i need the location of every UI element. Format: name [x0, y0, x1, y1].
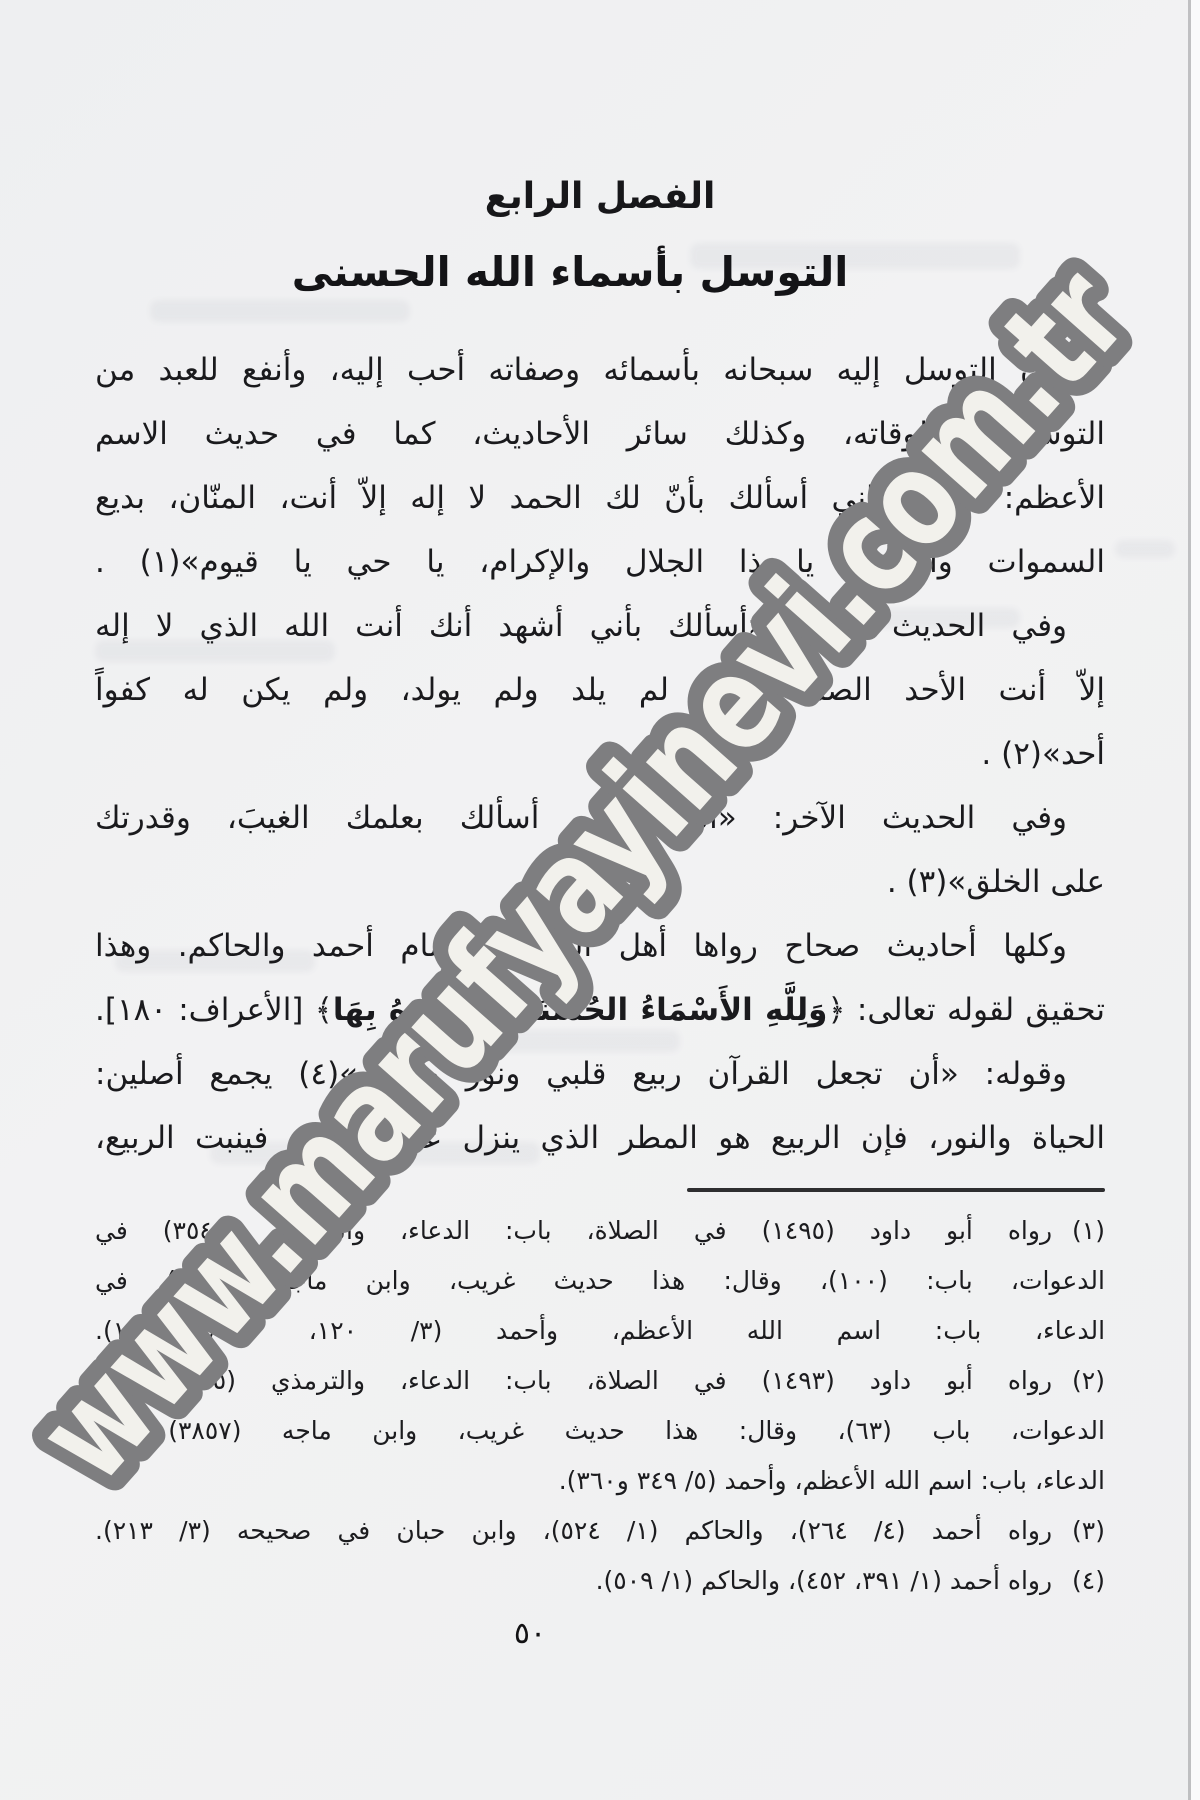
body-text-line: السموات والأرض، يا ذا الجلال والإكرام، ي… [95, 530, 1105, 594]
verse-reference: ﴾ [الأعراف: ١٨٠]. [95, 992, 333, 1028]
body-text-line: وكلها أحاديث صحاح رواها أهل السنن والإما… [95, 914, 1105, 978]
footnote-marker: (١) [1072, 1206, 1105, 1256]
body-text-line: أحد»(٢) . [95, 722, 1105, 786]
body-text-line: فإنَّ التوسل إليه سبحانه بأسمائه وصفاته … [95, 338, 1105, 402]
footnote-line: (٢)رواه أبو داود (١٤٩٣) في الصلاة، باب: … [95, 1356, 1105, 1406]
body-text-block: فإنَّ التوسل إليه سبحانه بأسمائه وصفاته … [95, 338, 1105, 1170]
footnote-line: الدعاء، باب: اسم الله الأعظم، وأحمد (٥/ … [95, 1456, 1105, 1506]
footnote-marker: (٢) [1072, 1356, 1105, 1406]
footnote-line: (٤)رواه أحمد (١/ ٣٩١، ٤٥٢)، والحاكم (١/ … [95, 1556, 1105, 1606]
body-text-line-quran-verse: تحقيق لقوله تعالى: ﴿وَلِلَّهِ الأَسْمَاء… [95, 978, 1105, 1042]
body-text-line: وقوله: «أن تجعل القرآن ربيع قلبي ونور صد… [95, 1042, 1105, 1106]
footnote-marker: (٤) [1072, 1556, 1105, 1606]
section-title: التوسل بأسماء الله الحسنى [270, 248, 870, 296]
bleed-through-mark [1115, 540, 1175, 558]
footnote-text: رواه أحمد (٤/ ٢٦٤)، والحاكم (١/ ٥٢٤)، وا… [95, 1516, 1052, 1545]
scanned-book-page: الفصل الرابع التوسل بأسماء الله الحسنى ف… [0, 0, 1200, 1800]
body-text-line: وفي الحديث الآخر: «أسألك بأني أشهد أنك أ… [95, 594, 1105, 658]
scan-edge-strip [1191, 0, 1200, 1800]
footnote-text: رواه أبو داود (١٤٩٣) في الصلاة، باب: الد… [95, 1366, 1052, 1395]
body-text-line: الأعظم: «اللهم إني أسألك بأنّ لك الحمد ل… [95, 466, 1105, 530]
footnote-line: الدعاء، باب: اسم الله الأعظم، وأحمد (٣/ … [95, 1306, 1105, 1356]
footnote-line: (٣)رواه أحمد (٤/ ٢٦٤)، والحاكم (١/ ٥٢٤)،… [95, 1506, 1105, 1556]
body-text-line: وفي الحديث الآخر: «اللهم إني أسألك بعلمك… [95, 786, 1105, 850]
footnote-text: رواه أحمد (١/ ٣٩١، ٤٥٢)، والحاكم (١/ ٥٠٩… [596, 1566, 1052, 1595]
page-number: ٥٠ [485, 1616, 575, 1651]
body-text-line: على الخلق»(٣) . [95, 850, 1105, 914]
body-text-line: إلاّ أنت الأحد الصمد الذي لم يلد ولم يول… [95, 658, 1105, 722]
footnote-text: رواه أبو داود (١٤٩٥) في الصلاة، باب: الد… [95, 1216, 1052, 1245]
footnote-line: الدعوات، باب: (١٠٠)، وقال: هذا حديث غريب… [95, 1256, 1105, 1306]
footnotes-section: (١)رواه أبو داود (١٤٩٥) في الصلاة، باب: … [95, 1206, 1105, 1606]
footnote-marker: (٣) [1072, 1506, 1105, 1556]
quran-verse-text: وَلِلَّهِ الأَسْمَاءُ الحُسْنَى فَادْعُو… [333, 992, 828, 1028]
body-text-line: الحياة والنور، فإن الربيع هو المطر الذي … [95, 1106, 1105, 1170]
footnote-line: الدعوات، باب (٦٣)، وقال: هذا حديث غريب، … [95, 1406, 1105, 1456]
verse-lead-in: تحقيق لقوله تعالى: ﴿ [827, 992, 1105, 1028]
bleed-through-mark [150, 300, 410, 322]
chapter-title: الفصل الرابع [440, 176, 760, 217]
body-text-line: التوسل بمخلوقاته، وكذلك سائر الأحاديث، ك… [95, 402, 1105, 466]
footnote-line: (١)رواه أبو داود (١٤٩٥) في الصلاة، باب: … [95, 1206, 1105, 1256]
footnote-separator-rule [687, 1188, 1105, 1192]
